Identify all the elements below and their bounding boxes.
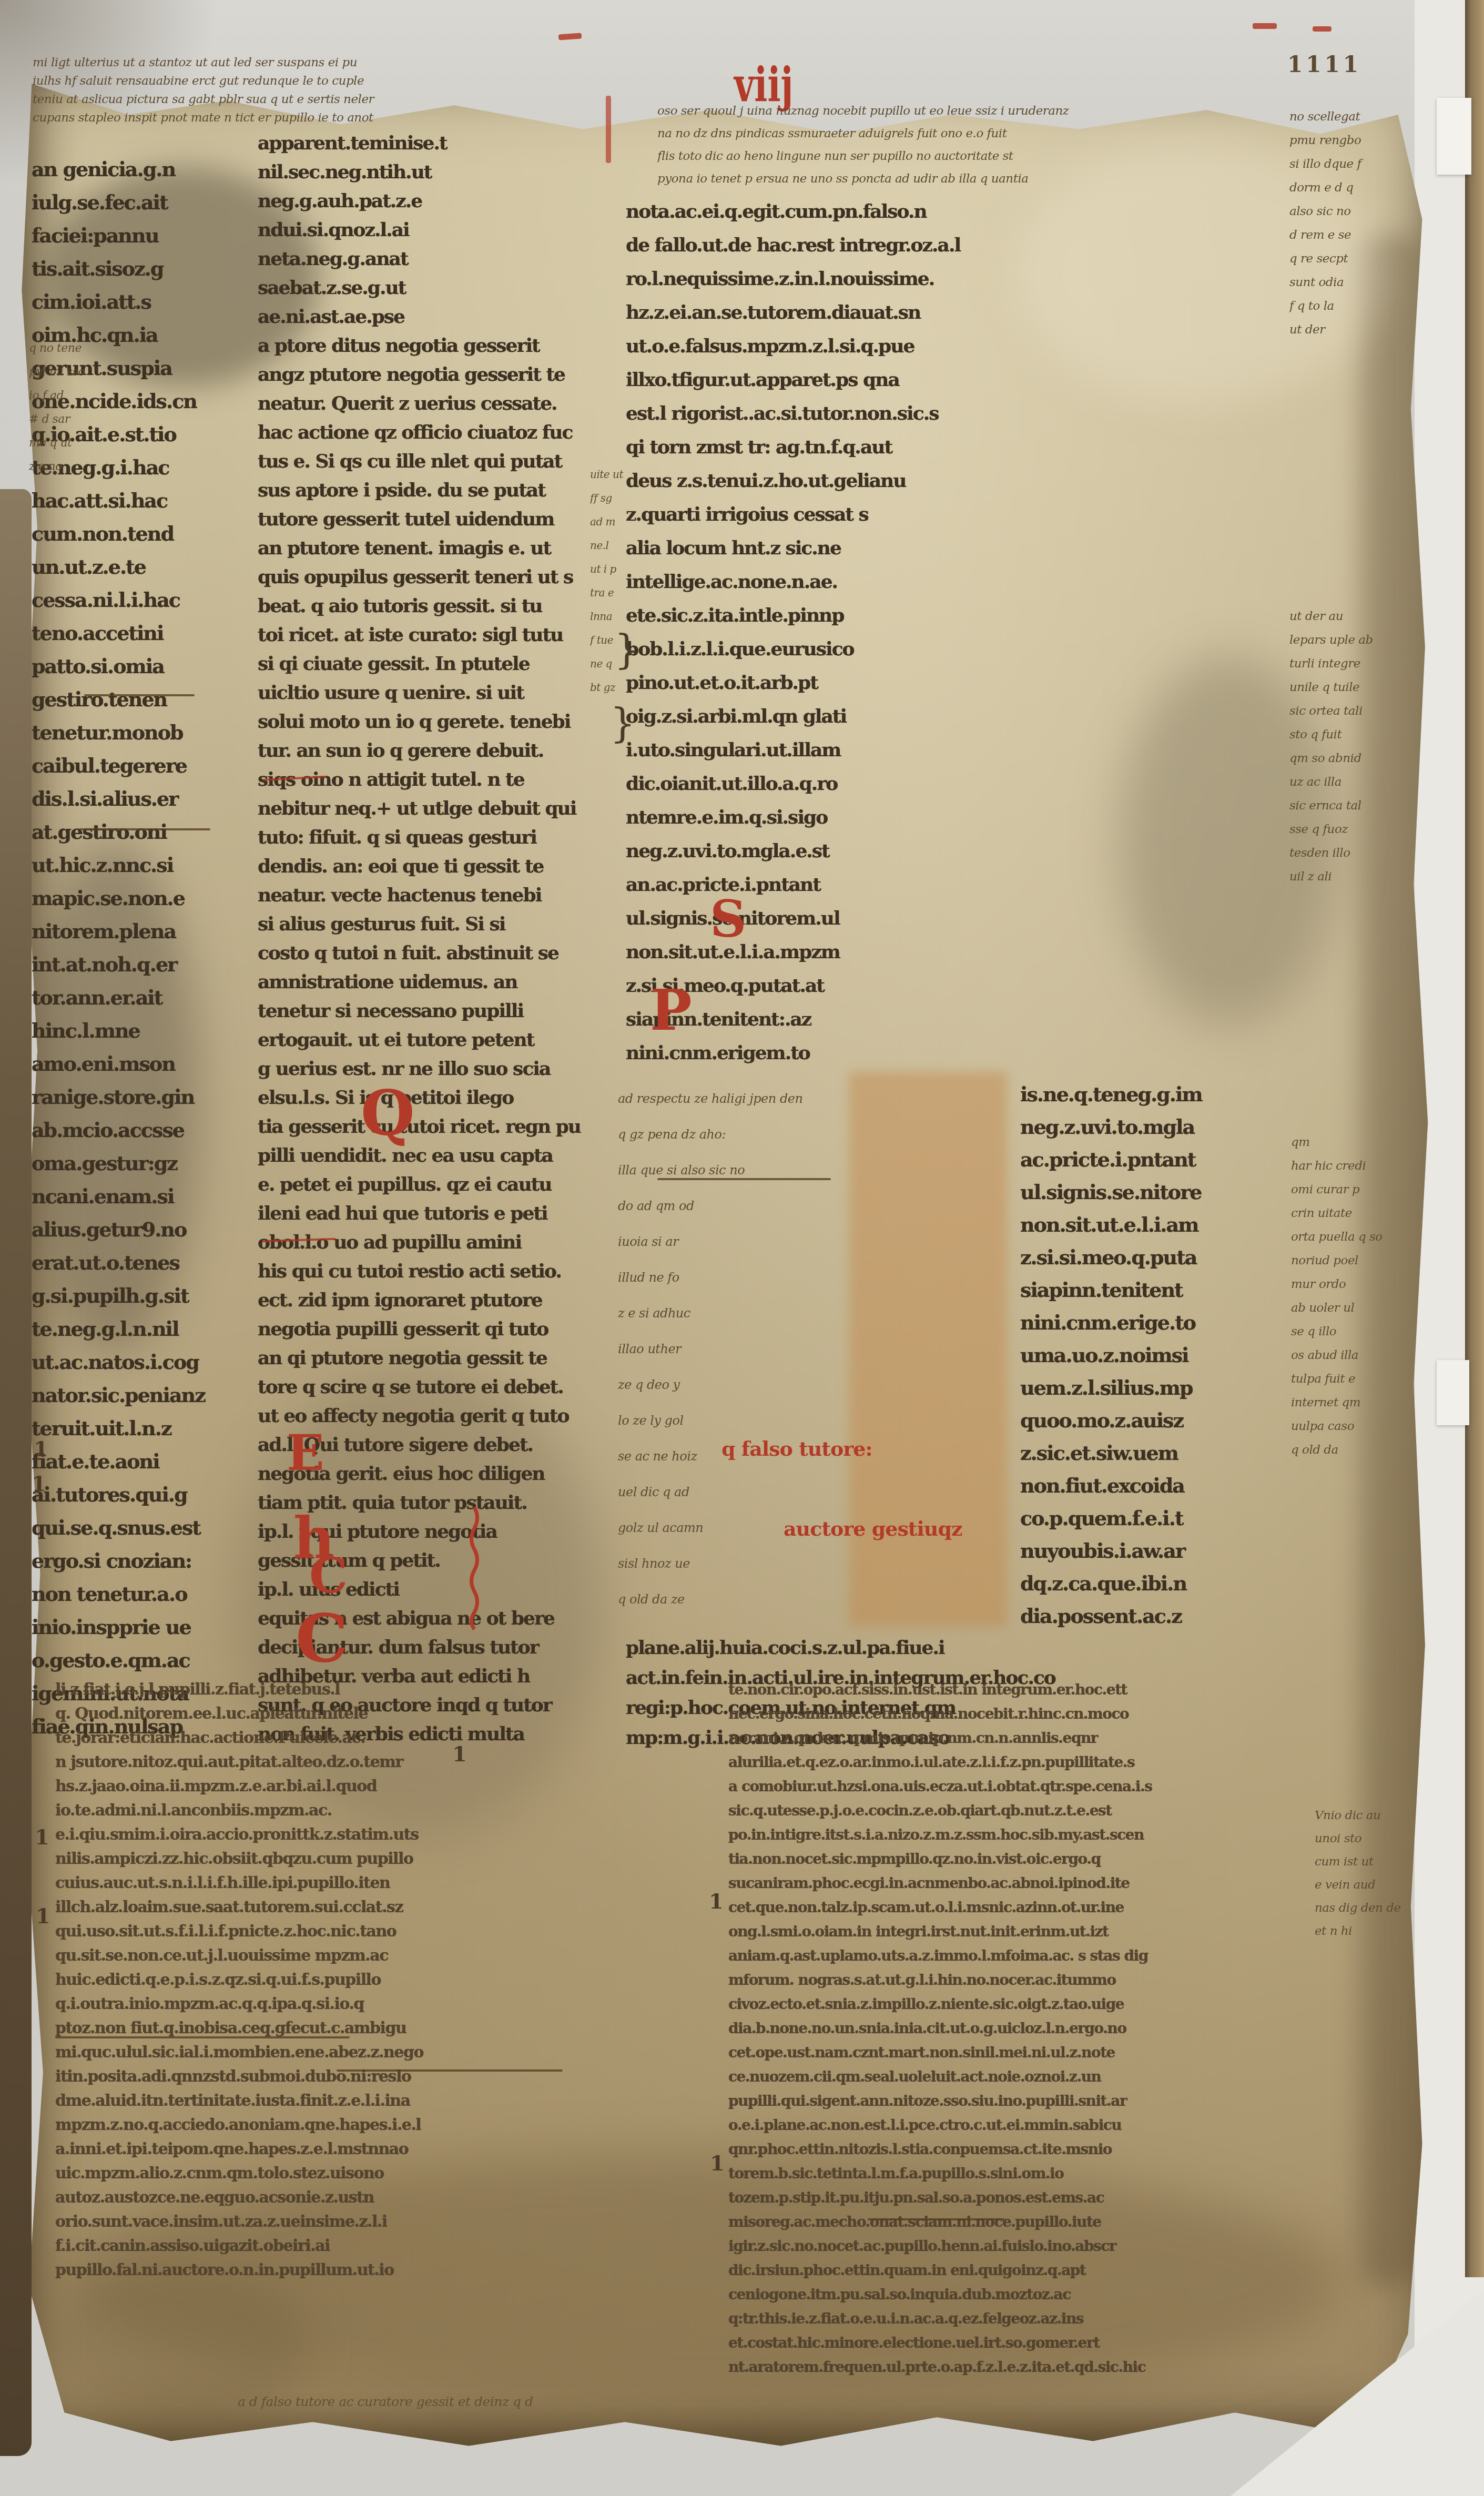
text-line: elsu.l.s. Si is q petitoi ilego (258, 1083, 602, 1112)
text-line: dme.aluid.itn.tertinitate.iusta.finit.z.… (55, 2089, 719, 2113)
text-line: siqs oino n attigit tutel. n te (258, 765, 602, 794)
text-line: deus z.s.tenui.z.ho.ut.gelianu (626, 464, 1286, 498)
text-line: tenetur si necessano pupilli (258, 997, 602, 1026)
text-line: do ad qm od (618, 1188, 1007, 1224)
text-line: teno.accetini (32, 616, 242, 650)
text-line: erat.ut.o.tenes (32, 1246, 242, 1279)
bottom-text-right: te.non.cir.opo.acf.siss.in.ust.ist.in in… (728, 1678, 1294, 2385)
text-line: ae.ni.ast.ae.pse (258, 302, 602, 331)
text-line: unoi sto (1315, 1827, 1436, 1850)
text-line: tus e. Si qs cu ille nlet qui putat (258, 447, 602, 476)
text-line: ntemre.e.im.q.si.sigo (626, 800, 1286, 834)
text-line: tis.ait.sisoz.g (32, 252, 242, 285)
gloss-top: mi ligt ulterius ut a stantoz ut aut led… (33, 54, 564, 133)
text-line: omi curar p (1291, 1178, 1432, 1202)
text-line: tia gesserit cu tutoi ricet. regn pu (258, 1112, 602, 1141)
text-line: har hic credi (1291, 1154, 1432, 1178)
text-line: tulpa fuit e (1291, 1367, 1432, 1391)
text-line: si alius gesturus fuit. Si si (258, 910, 602, 939)
text-line: ro.l.nequissime.z.in.l.nouissime. (626, 262, 1286, 296)
gloss-inset: ad respectu ze haligi jpen denq gz pena … (618, 1081, 1007, 1628)
text-line: intellige.ac.none.n.ae. (626, 565, 1286, 598)
text-line: z.sic.et.siw.uem (1020, 1437, 1286, 1469)
text-line: neg.g.auh.pat.z.e (258, 187, 602, 216)
text-line: tuto: fifuit. q si queas gesturi (258, 823, 602, 852)
text-line: te.jorar:etician:hac.actione.Puicele.ac. (55, 1726, 719, 1750)
text-line: pilli uendidit. nec ea usu capta (258, 1141, 602, 1170)
text-line: cessa.ni.l.i.hac (32, 583, 242, 616)
text-line: mur ordo (1291, 1273, 1432, 1296)
text-line: mpzm.z.no.q.acciedo.anoniam.qne.hapes.i.… (55, 2113, 719, 2137)
text-line: ut der (1289, 318, 1430, 342)
text-line: o.e.i.plane.ac.non.est.l.i.pce.ctro.c.ut… (728, 2113, 1294, 2137)
text-line: alurilia.et.q.ez.o.ar.inmo.i.ul.ate.z.l.… (728, 1750, 1294, 1774)
gloss-left: q no tenepyl mi ssoio f ad# d sarme q ut… (29, 337, 139, 484)
red-dash (1313, 26, 1331, 32)
text-line: nec.ergo.sina.hoc.cetn.noqma.nocebit.r.h… (728, 1702, 1294, 1726)
text-line: uem.z.l.silius.mp (1020, 1372, 1286, 1404)
text-line: g uerius est. nr ne illo suo scia (258, 1054, 602, 1083)
ink-underline (337, 2069, 563, 2072)
text-line: uulpa caso (1291, 1415, 1432, 1438)
text-line: ab.mcio.accsse (32, 1113, 242, 1146)
text-line: io f ad (29, 384, 139, 408)
text-line: tur. an sun io q gerere debuit. (258, 736, 602, 765)
text-line: faciei:pannu (32, 219, 242, 252)
red-vertical-squiggle (467, 1505, 482, 1631)
text-line: co.p.quem.f.e.i.t (1020, 1502, 1286, 1535)
text-line: uz ac illa (1289, 770, 1430, 794)
text-line: cum.non.tend (32, 517, 242, 550)
text-line: norani.z.qn.hoc.q.mis.qun.ip.nm.cn.n.ann… (728, 1726, 1294, 1750)
text-line: pupilli.qui.sigent.ann.nitoze.sso.siu.in… (728, 2089, 1294, 2113)
text-line: huic.edicti.q.e.p.i.s.z.qz.si.q.ui.f.s.p… (55, 1968, 719, 1992)
text-line: teniu at aslicua pictura sa gabt pblr su… (33, 90, 564, 109)
text-line: lepars uple ab (1289, 628, 1430, 652)
text-line: unile q tuile (1289, 676, 1430, 699)
text-line: uel dic q ad (618, 1474, 1007, 1510)
text-line: aniam.q.ast.uplamo.uts.a.z.immo.l.mfoima… (728, 1944, 1294, 1968)
red-rubric-words: q falso tutore: (721, 1439, 872, 1459)
text-line: tore q scire q se tutore ei debet. (258, 1373, 602, 1402)
text-line: illud ne fo (618, 1260, 1007, 1295)
text-line: non tenetur.a.o (32, 1577, 242, 1610)
gloss-right-3: qmhar hic crediomi curar pcrin uitateort… (1291, 1131, 1432, 1473)
text-line: qm (1291, 1131, 1432, 1154)
text-line: noriud poel (1291, 1249, 1432, 1273)
text-line: ranige.store.gin (32, 1080, 242, 1113)
text-line: no scellegat (1289, 105, 1430, 129)
text-line: an ptutore tenent. imagis e. ut (258, 534, 602, 563)
text-line: hac.att.si.hac (32, 484, 242, 517)
text-line: dis.l.si.alius.er (32, 782, 242, 815)
text-line: crin uitate (1291, 1202, 1432, 1225)
text-line: pupillo.fal.ni.auctore.o.n.in.pupillum.u… (55, 2258, 719, 2282)
text-line: se q illo (1291, 1320, 1432, 1344)
text-line: tozem.p.stip.it.pu.itju.pn.sal.so.a.pono… (728, 2186, 1294, 2210)
text-line: et.costat.hic.minore.electione.uel.irt.s… (728, 2331, 1294, 2355)
text-line: q. Quod.nitorem.ee.l.uc.apieatur.nitele (55, 1702, 719, 1726)
text-line: patto.si.omia (32, 650, 242, 683)
text-line: ac.pricte.i.pntant (1020, 1143, 1286, 1176)
text-line: # d sar (29, 408, 139, 431)
text-line: uic.mpzm.alio.z.cnm.qm.tolo.stez.uisono (55, 2162, 719, 2186)
text-line: int.at.noh.q.er (32, 948, 242, 981)
text-line: igir.z.sic.no.nocet.ac.pupillo.henn.ai.f… (728, 2234, 1294, 2258)
text-line: non.sit.ut.e.l.i.am (1020, 1209, 1286, 1241)
red-paraph-mark: C (296, 1605, 348, 1671)
text-line: autoz.austozce.ne.eqguo.acsonie.z.ustn (55, 2186, 719, 2210)
text-line: ce.nuozem.cii.qm.seal.uoleluit.act.noie.… (728, 2065, 1294, 2089)
text-line: o.gesto.e.qm.ac (32, 1643, 242, 1677)
text-line: ut.ac.natos.i.cog (32, 1345, 242, 1378)
text-line: nini.cnm.erige.to (1020, 1306, 1286, 1339)
text-line: iulg.se.fec.ait (32, 186, 242, 219)
text-line: nini.cnm.erigem.to (626, 1036, 1286, 1070)
text-line: amo.eni.mson (32, 1047, 242, 1080)
margin-tally-mark: 1 (452, 1742, 467, 1767)
text-column-c-narrow: is.ne.q.teneg.g.imneg.z.uvi.to.mglaac.pr… (1020, 1078, 1286, 1630)
bookmark-tab-middle (1437, 1360, 1469, 1425)
text-line: an qi ptutore negotia gessit te (258, 1344, 602, 1373)
red-paraph-mark: C (309, 1551, 348, 1600)
text-line: Vnio dic au (1315, 1804, 1436, 1827)
folio-number: 1111 (1287, 52, 1361, 77)
text-line: dq.z.ca.que.ibi.n (1020, 1567, 1286, 1600)
text-line: ong.l.smi.o.oiam.in integri.irst.nut.ini… (728, 1920, 1294, 1944)
text-line: inio.inspprie ue (32, 1610, 242, 1643)
red-initial-E: E (287, 1428, 324, 1478)
text-line: ut.hic.z.nnc.si (32, 848, 242, 881)
scribal-brace: } (610, 699, 635, 746)
bottom-margin-note: a d falso tutore ac curatore gessit et d… (238, 2394, 790, 2409)
red-rubric-words: auctore gestiuqz (784, 1519, 962, 1539)
bookmark-tab-top (1437, 98, 1471, 175)
text-line: z.si.si.meo.q.putat.at (626, 969, 1286, 1002)
text-line: toi ricet. at iste curato: sigl tutu (258, 621, 602, 650)
text-line: turli integre (1289, 652, 1430, 676)
text-line: illch.alz.loaim.sue.saat.tutorem.sui.ccl… (55, 1895, 719, 1920)
text-line: po.in.intigre.itst.s.i.a.nizo.z.m.z.ssm.… (728, 1823, 1294, 1847)
text-line: caibul.tegerere (32, 749, 242, 782)
text-line: civoz.ecto.et.snia.z.impillo.z.niente.si… (728, 1992, 1294, 2016)
text-line: a comobiur.ut.hzsi.ona.uis.ecza.ut.i.obt… (728, 1774, 1294, 1799)
margin-tally-mark: 1 (34, 1437, 48, 1462)
text-line: misoreg.ac.mecho.onat.sciam.ni.noce.pupi… (728, 2210, 1294, 2234)
text-line: hz.z.ei.an.se.tutorem.diauat.sn (626, 296, 1286, 329)
text-line: siapinn.tenitent:.az (626, 1002, 1286, 1036)
text-line: dic.irsiun.phoc.ettin.quam.in eni.quigoi… (728, 2258, 1294, 2282)
text-line: si qi ciuate gessit. In ptutele (258, 650, 602, 678)
text-line: plane.alij.huia.coci.s.z.ul.pa.fiue.i (626, 1633, 1286, 1663)
text-line: q no tene (29, 337, 139, 360)
text-line: i.uto.singulari.ut.illam (626, 733, 1286, 767)
text-line: alia locum hnt.z sic.ne (626, 531, 1286, 565)
text-line: his qui cu tutoi restio acti setio. (258, 1257, 602, 1286)
text-line: qui.se.q.snus.est (32, 1511, 242, 1544)
text-line: qui.uso.sit.ut.s.f.i.l.i.f.pnicte.z.hoc.… (55, 1920, 719, 1944)
text-line: uil z ali (1289, 865, 1430, 889)
text-line: at.gestiro.oni (32, 815, 242, 848)
text-line: dia.b.none.no.un.snia.inia.cit.ut.o.g.ui… (728, 2016, 1294, 2041)
ink-underline (868, 2218, 1004, 2220)
text-line: tor.ann.er.ait (32, 981, 242, 1014)
red-dash (558, 33, 582, 40)
ink-underline (84, 694, 195, 696)
text-line: cuius.auc.ut.s.n.i.l.i.f.h.ille.ipi.pupi… (55, 1871, 719, 1895)
text-line: hac actione qz officio ciuatoz fuc (258, 418, 602, 447)
text-line: oig.z.si.arbi.ml.qn glati (626, 699, 1286, 733)
text-line: f.i.cit.canin.assiso.uigazit.obeiri.ai (55, 2234, 719, 2258)
text-line: torem.b.sic.tetinta.l.m.f.a.pupillo.s.si… (728, 2162, 1294, 2186)
text-line: e vein aud (1315, 1873, 1436, 1896)
text-line: li z fiat.j.o.j.l.pupilli.z.fiat.j.teteb… (55, 1678, 719, 1702)
text-line: ai.tutores.qui.g (32, 1478, 242, 1511)
text-line: qi torn zmst tr: ag.tn.f.q.aut (626, 430, 1286, 464)
text-line: cim.ioi.att.s (32, 285, 242, 318)
text-line: sus aptore i pside. du se putat (258, 476, 602, 505)
text-line: nitorem.plena (32, 915, 242, 948)
bottom-text-left: li z fiat.j.o.j.l.pupilli.z.fiat.j.teteb… (55, 1678, 719, 2288)
text-line: os abud illa (1291, 1344, 1432, 1367)
text-line: orio.sunt.vace.insim.ut.za.z.ueinsime.z.… (55, 2210, 719, 2234)
text-line: solui moto un io q gerete. tenebi (258, 707, 602, 736)
text-line: tia.non.nocet.sic.mpmpillo.qz.no.in.vist… (728, 1847, 1294, 1871)
text-line: qm so abnid (1289, 747, 1430, 770)
text-line: te.non.cir.opo.acf.siss.in.ust.ist.in in… (728, 1678, 1294, 1702)
text-line: q gz pena dz aho: (618, 1117, 1007, 1152)
text-line: ut i p (590, 557, 653, 581)
text-line: cet.ope.ust.nam.cznt.mart.non.sinil.mei.… (728, 2041, 1294, 2065)
text-line: apparent.teminise.t (258, 129, 602, 158)
margin-tally-mark: 1 (710, 2151, 725, 2176)
text-line: costo q tutoi n fuit. abstinuit se (258, 939, 602, 968)
text-line: q re secpt (1289, 247, 1430, 271)
text-line: illa que si also sic no (618, 1152, 1007, 1188)
text-line: tra e (590, 581, 653, 605)
binding-edge (0, 489, 32, 2456)
scribal-brace: } (614, 626, 639, 673)
text-line: si illo dque f (1289, 153, 1430, 176)
text-line: illxo.tfigur.ut.apparet.ps qna (626, 363, 1286, 397)
text-line: is.ne.q.teneg.g.im (1020, 1078, 1286, 1111)
text-line: ff sg (590, 486, 653, 510)
text-line: ut.o.e.falsus.mpzm.z.l.si.q.pue (626, 329, 1286, 363)
text-line: ceniogone.itm.pu.sal.so.inquia.dub.mozto… (728, 2282, 1294, 2307)
book-page-edges (1465, 0, 1484, 2277)
text-line: cet.que.non.talz.ip.scam.ut.o.l.i.msnic.… (728, 1895, 1294, 1920)
text-line: ect. zid ipm ignoraret ptutore (258, 1286, 602, 1315)
red-initial-P: P (650, 982, 692, 1038)
text-line: pmu rengbo (1289, 129, 1430, 153)
text-line: tenetur.monob (32, 716, 242, 749)
text-line: nil.sec.neg.ntih.ut (258, 158, 602, 187)
text-line: io.te.admi.ni.l.anconbiis.mpzm.ac. (55, 1799, 719, 1823)
text-line: n jsutore.nitoz.qui.aut.pitat.alteo.dz.o… (55, 1750, 719, 1774)
text-line: q old da ze (618, 1581, 1007, 1617)
text-line: te.neg.g.l.n.nil (32, 1312, 242, 1345)
text-line: z e no (29, 455, 139, 479)
text-line: a ptore ditus negotia gesserit (258, 331, 602, 360)
text-line: alius.getur9.no (32, 1213, 242, 1246)
text-line: tutore gesserit tutel uidendum (258, 505, 602, 534)
text-line: ad respectu ze haligi jpen den (618, 1081, 1007, 1117)
ink-underline (79, 828, 210, 830)
text-line: iuoia si ar (618, 1224, 1007, 1260)
text-line: cum ist ut (1315, 1850, 1436, 1873)
ink-underline (657, 1178, 831, 1180)
text-line: qnr.phoc.ettin.nitozis.l.stia.conpuemsa.… (728, 2137, 1294, 2162)
text-line: mforum. nogras.s.at.ut.g.l.i.hin.no.noce… (728, 1968, 1294, 1992)
text-line: ertogauit. ut ei tutore petent (258, 1026, 602, 1054)
text-line: un.ut.z.e.te (32, 550, 242, 583)
margin-tally-mark: 1 (32, 1472, 46, 1496)
text-line: q.i.outra.inio.mpzm.ac.q.q.ipa.q.si.io.q (55, 1992, 719, 2016)
text-line: teruit.uit.l.n.z (32, 1412, 242, 1445)
text-line: bt gz (590, 676, 653, 699)
text-line: orta puella q so (1291, 1225, 1432, 1249)
text-line: mapic.se.non.e (32, 881, 242, 915)
text-line: z e si adhuc (618, 1295, 1007, 1331)
text-line: nt.aratorem.frequen.ul.prte.o.ap.f.z.l.e… (728, 2355, 1294, 2379)
text-line: ete.sic.z.ita.intle.pinnp (626, 598, 1286, 632)
text-line: nas dig den de (1315, 1896, 1436, 1920)
text-line: lo ze ly gol (618, 1403, 1007, 1438)
quire-mark-stroke (606, 96, 611, 163)
margin-tally-mark: 1 (709, 1889, 724, 1914)
text-line: neta.neg.g.anat (258, 245, 602, 273)
text-line: et n hi (1315, 1920, 1436, 1943)
text-line: qu.sit.se.non.ce.ut.j.l.uouissime mpzm.a… (55, 1944, 719, 1968)
text-line: an genicia.g.n (32, 153, 242, 186)
text-line: sucaniram.phoc.ecgi.in.acnmenbo.ac.abnoi… (728, 1871, 1294, 1895)
text-line: z.quarti irrigoius cessat s (626, 498, 1286, 531)
text-line: dendis. an: eoi que ti gessit te (258, 852, 602, 881)
text-line: non.fiut.excoida (1020, 1469, 1286, 1502)
text-line: hinc.l.mne (32, 1014, 242, 1047)
text-line: lnna (590, 605, 653, 628)
text-line: ne.l (590, 534, 653, 557)
text-line: e. petet ei pupillus. qz ei cautu (258, 1170, 602, 1199)
text-line: est.l rigorist..ac.si.tutor.non.sic.s (626, 397, 1286, 430)
red-initial-S: S (710, 894, 746, 945)
text-line: ul.signis.se.nitore (1020, 1176, 1286, 1209)
text-line: nuyoubis.i.aw.ar (1020, 1535, 1286, 1567)
text-line: mi ligt ulterius ut a stantoz ut aut led… (33, 54, 564, 72)
text-line: e.i.qiu.smim.i.oira.accio.pronittk.z.sta… (55, 1823, 719, 1847)
text-line: ndui.si.qnoz.l.ai (258, 216, 602, 245)
ink-underline (55, 2036, 350, 2038)
text-line: pino.ut.et.o.it.arb.pt (626, 666, 1286, 699)
red-initial-Q: Q (361, 1082, 415, 1144)
text-line: z.si.si.meo.q.puta (1020, 1241, 1286, 1274)
text-line: dia.possent.ac.z (1020, 1600, 1286, 1630)
text-line: uicltio usure q uenire. si uit (258, 678, 602, 707)
text-line: sto q fuit (1289, 723, 1430, 747)
text-line: ad m (590, 510, 653, 534)
text-line: me q ut (29, 431, 139, 455)
text-line: sic ernca tal (1289, 794, 1430, 818)
text-line: bob.l.i.z.l.i.que.eurusico (626, 632, 1286, 666)
text-line: obol.l.o uo ad pupillu amini (258, 1228, 602, 1257)
red-dash (1253, 23, 1277, 29)
text-line: sunt odia (1289, 271, 1430, 295)
gloss-right-2: ut der aulepars uple abturli integreunil… (1289, 605, 1430, 899)
text-line: hs.z.jaao.oina.ii.mpzm.z.e.ar.bi.ai.l.qu… (55, 1774, 719, 1799)
text-line: internet qm (1291, 1391, 1432, 1415)
text-line: ab uoler ul (1291, 1296, 1432, 1320)
text-line: a.inni.et.ipi.teipom.qne.hapes.z.e.l.mst… (55, 2137, 719, 2162)
text-line: mi.quc.ulul.sic.ial.i.mombien.ene.abez.z… (55, 2041, 719, 2065)
text-line: ut der au (1289, 605, 1430, 628)
text-line: iulhs hf saluit rensauabine erct gut red… (33, 72, 564, 90)
text-line: uite ut (590, 463, 653, 486)
text-line: gestiro.tenen (32, 683, 242, 716)
manuscript-photo: mi ligt ulterius ut a stantoz ut aut led… (0, 0, 1484, 2496)
text-line: dic.oianit.ut.illo.a.q.ro (626, 767, 1286, 800)
text-line: sse q fuoz (1289, 818, 1430, 841)
text-line: q:tr.this.ie.z.fiat.o.e.u.i.n.ac.a.q.ez.… (728, 2307, 1294, 2331)
margin-tally-mark: 1 (35, 1825, 49, 1850)
text-line: q old da (1291, 1438, 1432, 1462)
text-line: negotia pupilli gesserit qi tuto (258, 1315, 602, 1344)
text-line: neatur. vecte hactenus tenebi (258, 881, 602, 910)
text-line: quoo.mo.z.auisz (1020, 1404, 1286, 1437)
text-line: neatur. Querit z uerius cessate. (258, 389, 602, 418)
text-line: fiat.e.te.aoni (32, 1445, 242, 1478)
text-line: illao uther (618, 1331, 1007, 1367)
text-line: neg.z.uvi.to.mgla (1020, 1111, 1286, 1143)
gloss-right-4: Vnio dic auunoi stocum ist ute vein audn… (1315, 1804, 1436, 1951)
text-line: nilis.ampiczi.zz.hic.obsiit.qbqzu.cum pu… (55, 1847, 719, 1871)
text-line: neg.z.uvi.to.mgla.e.st (626, 834, 1286, 868)
margin-tally-mark: 1 (36, 1904, 50, 1929)
text-line: f q to la (1289, 295, 1430, 318)
text-line: ergo.si cnozian: (32, 1544, 242, 1577)
text-line: cupans stapleo inspit pnot mate n tict e… (33, 109, 564, 127)
text-line: sic.q.utesse.p.j.o.e.cocin.z.e.ob.qiart.… (728, 1799, 1294, 1823)
text-line: uma.uo.z.noimsi (1020, 1339, 1286, 1372)
text-line: siapinn.tenitent (1020, 1274, 1286, 1306)
text-line: de fallo.ut.de hac.rest intregr.oz.a.l (626, 228, 1286, 262)
text-line: ileni ead hui que tutoris e peti (258, 1199, 602, 1228)
text-line: g.si.pupilh.g.sit (32, 1279, 242, 1312)
text-line: saebat.z.se.g.ut (258, 273, 602, 302)
text-line: oma.gestur:gz (32, 1146, 242, 1180)
text-line: ncani.enam.si (32, 1180, 242, 1213)
text-line: ze q deo y (618, 1367, 1007, 1403)
text-line: sic ortea tali (1289, 699, 1430, 723)
text-line: nator.sic.penianz (32, 1378, 242, 1412)
text-line: nebitur neq.+ ut utlge debuit qui (258, 794, 602, 823)
text-line: pyl mi sso (29, 360, 139, 384)
text-line: beat. q aio tutoris gessit. si tu (258, 592, 602, 621)
text-line: angz ptutore negotia gesserit te (258, 360, 602, 389)
text-line: itin.posita.adi.qnnzstd.submoi.dubo.ni:r… (55, 2065, 719, 2089)
text-line: quis opupilus gesserit teneri ut s (258, 563, 602, 592)
gloss-right-1: no scellegatpmu rengbosi illo dque fdorm… (1289, 105, 1430, 347)
text-line: d rem e se (1289, 224, 1430, 247)
text-line: nota.ac.ei.q.egit.cum.pn.falso.n (626, 195, 1286, 228)
text-line: tesden illo (1289, 841, 1430, 865)
text-line: also sic no (1289, 200, 1430, 224)
text-line: amnistratione uidemus. an (258, 968, 602, 997)
text-line: dorm e d q (1289, 176, 1430, 200)
text-line: sisl hnoz ue (618, 1546, 1007, 1581)
